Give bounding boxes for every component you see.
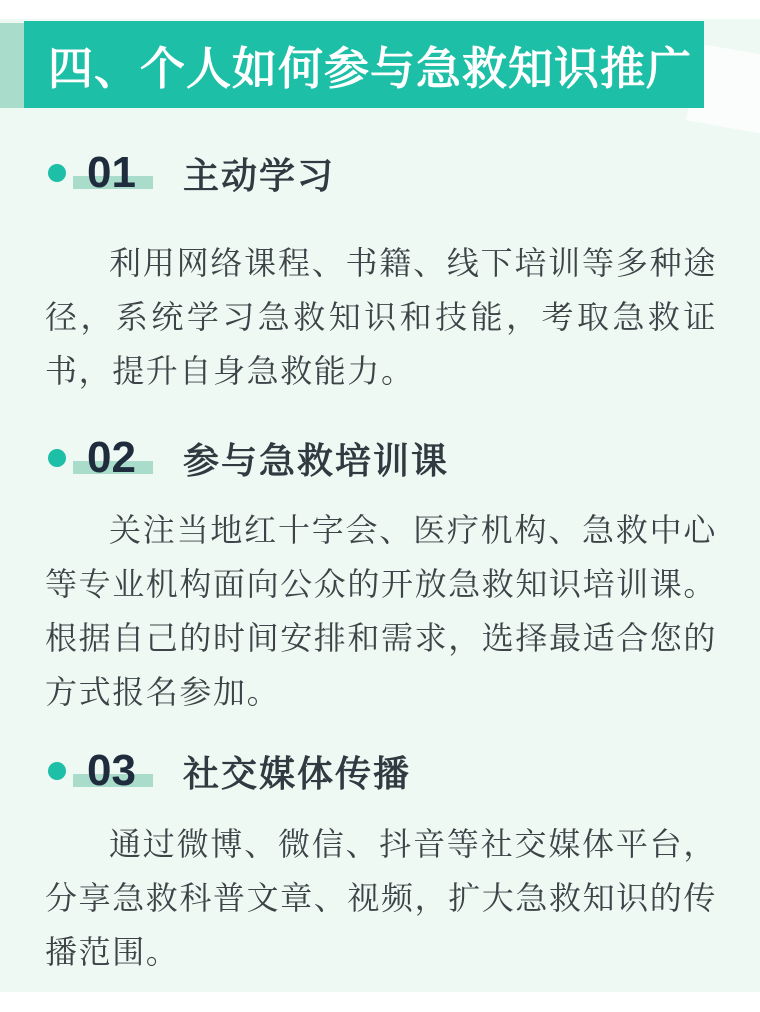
section-3-header: 03 社交媒体传播 bbox=[48, 750, 411, 792]
section-2-number-badge: 02 bbox=[73, 437, 153, 479]
section-1-number-badge: 01 bbox=[73, 152, 153, 194]
section-2-number: 02 bbox=[87, 433, 136, 482]
section-2-header: 02 参与急救培训课 bbox=[48, 437, 449, 479]
section-1-title: 主动学习 bbox=[183, 148, 335, 199]
first-aid-promotion-poster: 四、个人如何参与急救知识推广 01 主动学习 利用网络课程、书籍、线下培训等多种… bbox=[0, 0, 760, 1012]
section-3-title: 社交媒体传播 bbox=[183, 746, 411, 797]
section-1-number: 01 bbox=[87, 148, 136, 197]
bullet-dot-icon bbox=[48, 449, 66, 467]
section-title-banner: 四、个人如何参与急救知识推广 bbox=[24, 21, 704, 108]
section-2-title: 参与急救培训课 bbox=[183, 433, 449, 484]
section-1-header: 01 主动学习 bbox=[48, 152, 335, 194]
section-2-body: 关注当地红十字会、医疗机构、急救中心等专业机构面向公众的开放急救知识培训课。根据… bbox=[45, 503, 717, 719]
section-3-number: 03 bbox=[87, 746, 136, 795]
bullet-dot-icon bbox=[48, 762, 66, 780]
section-3-body: 通过微博、微信、抖音等社交媒体平台，分享急救科普文章、视频，扩大急救知识的传播范… bbox=[45, 817, 717, 979]
section-3-number-badge: 03 bbox=[73, 750, 153, 792]
section-1-body: 利用网络课程、书籍、线下培训等多种途径，系统学习急救知识和技能，考取急救证书，提… bbox=[45, 236, 717, 398]
banner-left-accent-strip bbox=[0, 23, 24, 108]
bullet-dot-icon bbox=[48, 164, 66, 182]
page-title: 四、个人如何参与急救知识推广 bbox=[48, 32, 692, 97]
